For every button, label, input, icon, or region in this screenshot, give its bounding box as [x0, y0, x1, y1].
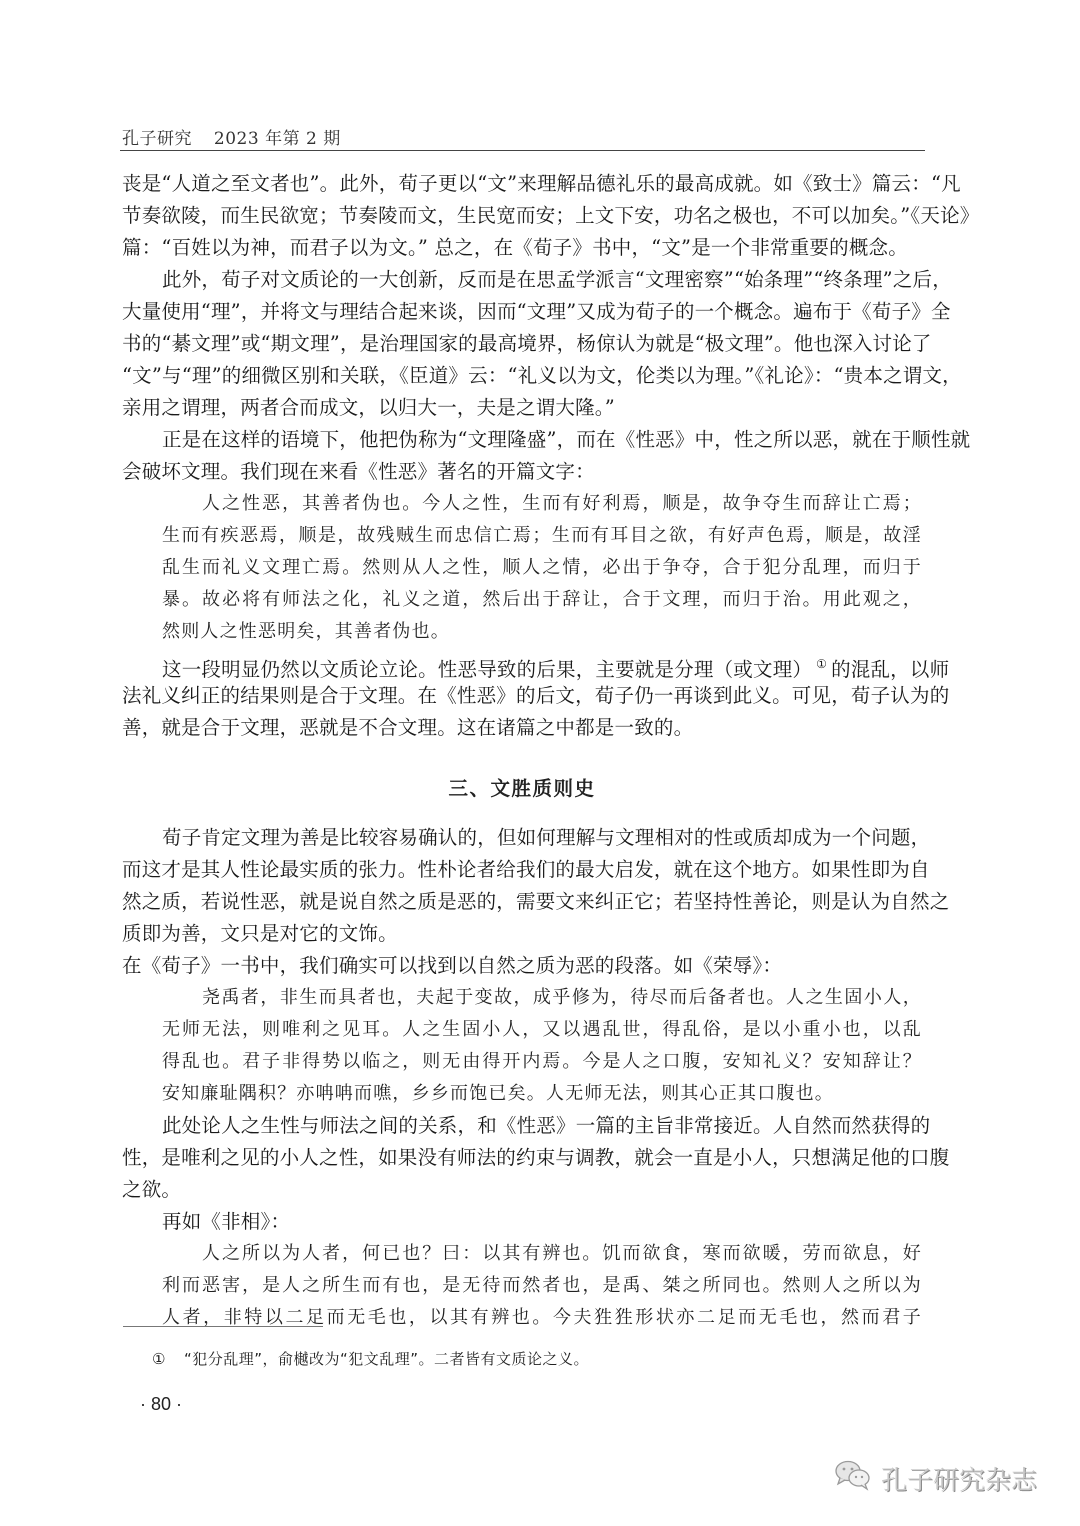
journal-name: 孔子研究 [122, 129, 192, 149]
text-line: 荀子肯定文理为善是比较容易确认的，但如何理解与文理相对的性或质却成为一个问题， [122, 822, 922, 854]
quote-line: 利而恶害，是人之所生而有也，是无待而然者也，是禹、桀之所同也。然则人之所以为 [122, 1270, 922, 1302]
quote-line: 然则人之性恶明矣，其善者伪也。 [122, 616, 922, 648]
text-line: 性，是唯利之见的小人之性，如果没有师法的约束与调教，就会一直是小人，只想满足他的… [122, 1142, 922, 1174]
text-line: 善，就是合于文理，恶就是不合文理。这在诸篇之中都是一致的。 [122, 712, 922, 744]
paragraph: 再如《非相》： [122, 1206, 922, 1238]
wechat-icon [833, 1459, 881, 1498]
block-quote: 人之所以为人者，何已也？曰：以其有辨也。饥而欲食，寒而欲暖，劳而欲息，好 利而恶… [122, 1238, 922, 1334]
block-quote: 人之性恶，其善者伪也。今人之性，生而有好利焉，顺是，故争夺生而辞让亡焉； 生而有… [122, 488, 922, 648]
article-body: 丧是“人道之至文者也”。此外，荀子更以“文”来理解品德礼乐的最高成就。如《致士》… [122, 168, 922, 1334]
text-line: 大量使用“理”，并将文与理结合起来谈，因而“文理”又成为荀子的一个概念。遍布于《… [122, 296, 922, 328]
text-segment: 的混乱，以师 [831, 658, 949, 681]
text-line: 正是在这样的语境下，他把伪称为“文理隆盛”，而在《性恶》中，性之所以恶，就在于顺… [122, 424, 922, 456]
quote-line: 安知廉耻隅积？亦呥呥而噍，乡乡而饱已矣。人无师无法，则其心正其口腹也。 [122, 1078, 922, 1110]
text-line: 书的“綦文理”或“期文理”，是治理国家的最高境界，杨倞认为就是“极文理”。他也深… [122, 328, 922, 360]
text-line: “文”与“理”的细微区别和关联，《臣道》云：“礼义以为文，伦类以为理。”《礼论》… [122, 360, 922, 392]
text-line: 节奏欲陵，而生民欲宽；节奏陵而文，生民宽而安；上文下安，功名之极也，不可以加矣。… [122, 200, 922, 232]
quote-line: 无师无法，则唯利之见耳。人之生固小人，又以遇乱世，得乱俗，是以小重小也，以乱 [122, 1014, 922, 1046]
quote-line: 得乱也。君子非得势以临之，则无由得开内焉。今是人之口腹，安知礼义？安知辞让？ [122, 1046, 922, 1078]
text-line: 在《荀子》一书中，我们确实可以找到以自然之质为恶的段落。如《荣辱》： [122, 950, 922, 982]
footnote-reference[interactable]: ① [816, 657, 827, 671]
text-line: 丧是“人道之至文者也”。此外，荀子更以“文”来理解品德礼乐的最高成就。如《致士》… [122, 168, 922, 200]
text-segment: 这一段明显仍然以文质论立论。性恶导致的后果，主要就是分理（或文理） [162, 658, 812, 681]
paragraph: 此处论人之生性与师法之间的关系，和《性恶》一篇的主旨非常接近。人自然而然获得的 … [122, 1110, 922, 1206]
paragraph: 正是在这样的语境下，他把伪称为“文理隆盛”，而在《性恶》中，性之所以恶，就在于顺… [122, 424, 922, 488]
quote-line: 人者，非特以二足而无毛也，以其有辨也。今夫狌狌形状亦二足而无毛也，然而君子 [122, 1302, 922, 1334]
quote-line: 暴。故必将有师法之化，礼义之道，然后出于辞让，合于文理，而归于治。用此观之， [122, 584, 922, 616]
text-line: 亲用之谓理，两者合而成文，以归大一，夫是之谓大隆。” [122, 392, 922, 424]
page-number: · 80 · [140, 1394, 182, 1415]
text-line: 而这才是其人性论最实质的张力。性朴论者给我们的最大启发，就在这个地方。如果性即为… [122, 854, 922, 886]
paragraph: 荀子肯定文理为善是比较容易确认的，但如何理解与文理相对的性或质却成为一个问题， … [122, 822, 922, 950]
paragraph: 这一段明显仍然以文质论立论。性恶导致的后果，主要就是分理（或文理）①的混乱，以师… [122, 648, 922, 744]
text-line: 此外，荀子对文质论的一大创新，反而是在思孟学派言“文理密察”“始条理”“终条理”… [122, 264, 922, 296]
text-line: 此处论人之生性与师法之间的关系，和《性恶》一篇的主旨非常接近。人自然而然获得的 [122, 1110, 922, 1142]
header-rule [120, 150, 925, 151]
text-line: 再如《非相》： [122, 1206, 922, 1238]
text-line: 这一段明显仍然以文质论立论。性恶导致的后果，主要就是分理（或文理）①的混乱，以师 [122, 648, 922, 680]
text-line: 然之质，若说性恶，就是说自然之质是恶的，需要文来纠正它；若坚持性善论，则是认为自… [122, 886, 922, 918]
watermark-text: 孔子研究杂志 [881, 1460, 1037, 1497]
watermark: 孔子研究杂志 [833, 1458, 1037, 1498]
paragraph: 此外，荀子对文质论的一大创新，反而是在思孟学派言“文理密察”“始条理”“终条理”… [122, 264, 922, 424]
quote-line: 人之性恶，其善者伪也。今人之性，生而有好利焉，顺是，故争夺生而辞让亡焉； [122, 488, 922, 520]
text-line: 法礼义纠正的结果则是合于文理。在《性恶》的后文，荀子仍一再谈到此义。可见，荀子认… [122, 680, 922, 712]
quote-line: 人之所以为人者，何已也？曰：以其有辨也。饥而欲食，寒而欲暖，劳而欲息，好 [122, 1238, 922, 1270]
footnote-mark: ① [152, 1350, 166, 1368]
footnote-rule [123, 1326, 323, 1327]
quote-line: 尧禹者，非生而具者也，夫起于变故，成乎修为，待尽而后备者也。人之生固小人， [122, 982, 922, 1014]
running-header: 孔子研究 2023 年第 2 期 [122, 124, 925, 150]
issue-label: 2023 年第 2 期 [214, 129, 341, 149]
text-line: 质即为善，文只是对它的文饰。 [122, 918, 922, 950]
text-line: 之欲。 [122, 1174, 922, 1206]
paragraph: 在《荀子》一书中，我们确实可以找到以自然之质为恶的段落。如《荣辱》： [122, 950, 922, 982]
text-line: 篇：“百姓以为神，而君子以为文。” 总之，在《荀子》书中，“文”是一个非常重要的… [122, 232, 922, 264]
footnote-text: “犯分乱理”，俞樾改为“犯文乱理”。二者皆有文质论之义。 [184, 1350, 589, 1368]
footnote: ①“犯分乱理”，俞樾改为“犯文乱理”。二者皆有文质论之义。 [152, 1348, 589, 1369]
block-quote: 尧禹者，非生而具者也，夫起于变故，成乎修为，待尽而后备者也。人之生固小人， 无师… [122, 982, 922, 1110]
section-heading: 三、文胜质则史 [122, 744, 922, 834]
quote-line: 乱生而礼义文理亡焉。然则从人之性，顺人之情，必出于争夺，合于犯分乱理，而归于 [122, 552, 922, 584]
paragraph: 丧是“人道之至文者也”。此外，荀子更以“文”来理解品德礼乐的最高成就。如《致士》… [122, 168, 922, 264]
quote-line: 生而有疾恶焉，顺是，故残贼生而忠信亡焉；生而有耳目之欲，有好声色焉，顺是，故淫 [122, 520, 922, 552]
text-line: 会破坏文理。我们现在来看《性恶》著名的开篇文字： [122, 456, 922, 488]
